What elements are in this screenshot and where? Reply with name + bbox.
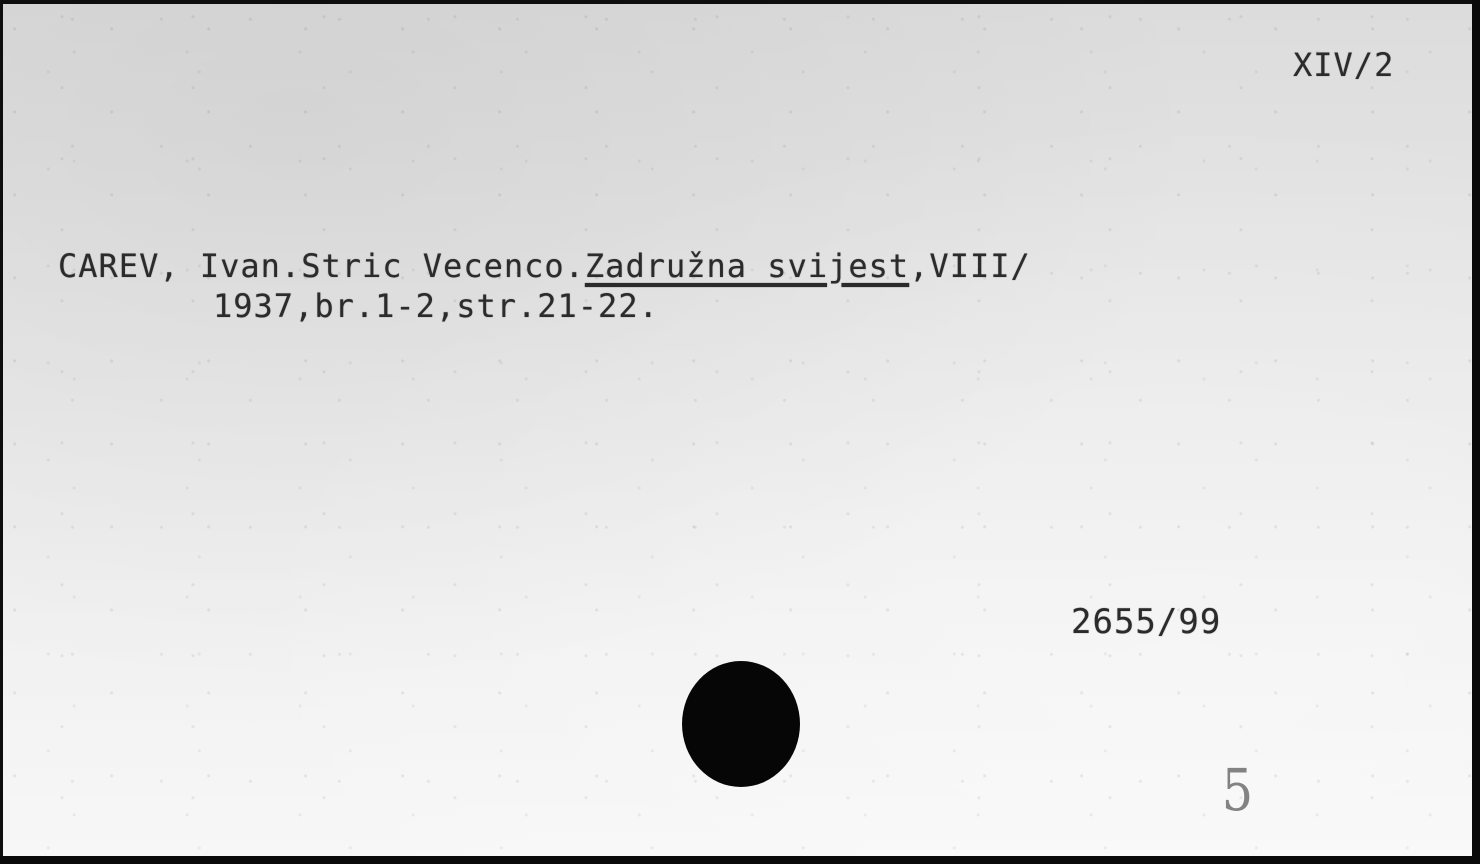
work-title: Stric Vecenco.: [301, 247, 585, 285]
bibliographic-entry-line-2: 1937,br.1-2,str.21-22.: [213, 287, 659, 325]
call-number: XIV/2: [1293, 46, 1394, 84]
scan-border-bottom: [0, 856, 1480, 864]
scan-border-right: [1472, 0, 1480, 864]
bibliographic-entry-line-1: CAREV, Ivan.Stric Vecenco.Zadružna svije…: [58, 247, 1031, 285]
author-name: CAREV, Ivan.: [58, 247, 301, 285]
punch-hole: [682, 661, 800, 787]
catalog-card: XIV/2 CAREV, Ivan.Stric Vecenco.Zadružna…: [3, 4, 1472, 856]
volume: ,VIII/: [909, 247, 1031, 285]
accession-number: 2655/99: [1071, 602, 1221, 642]
handwritten-mark: 5: [1222, 756, 1253, 824]
source-title: Zadružna svijest: [585, 247, 909, 285]
